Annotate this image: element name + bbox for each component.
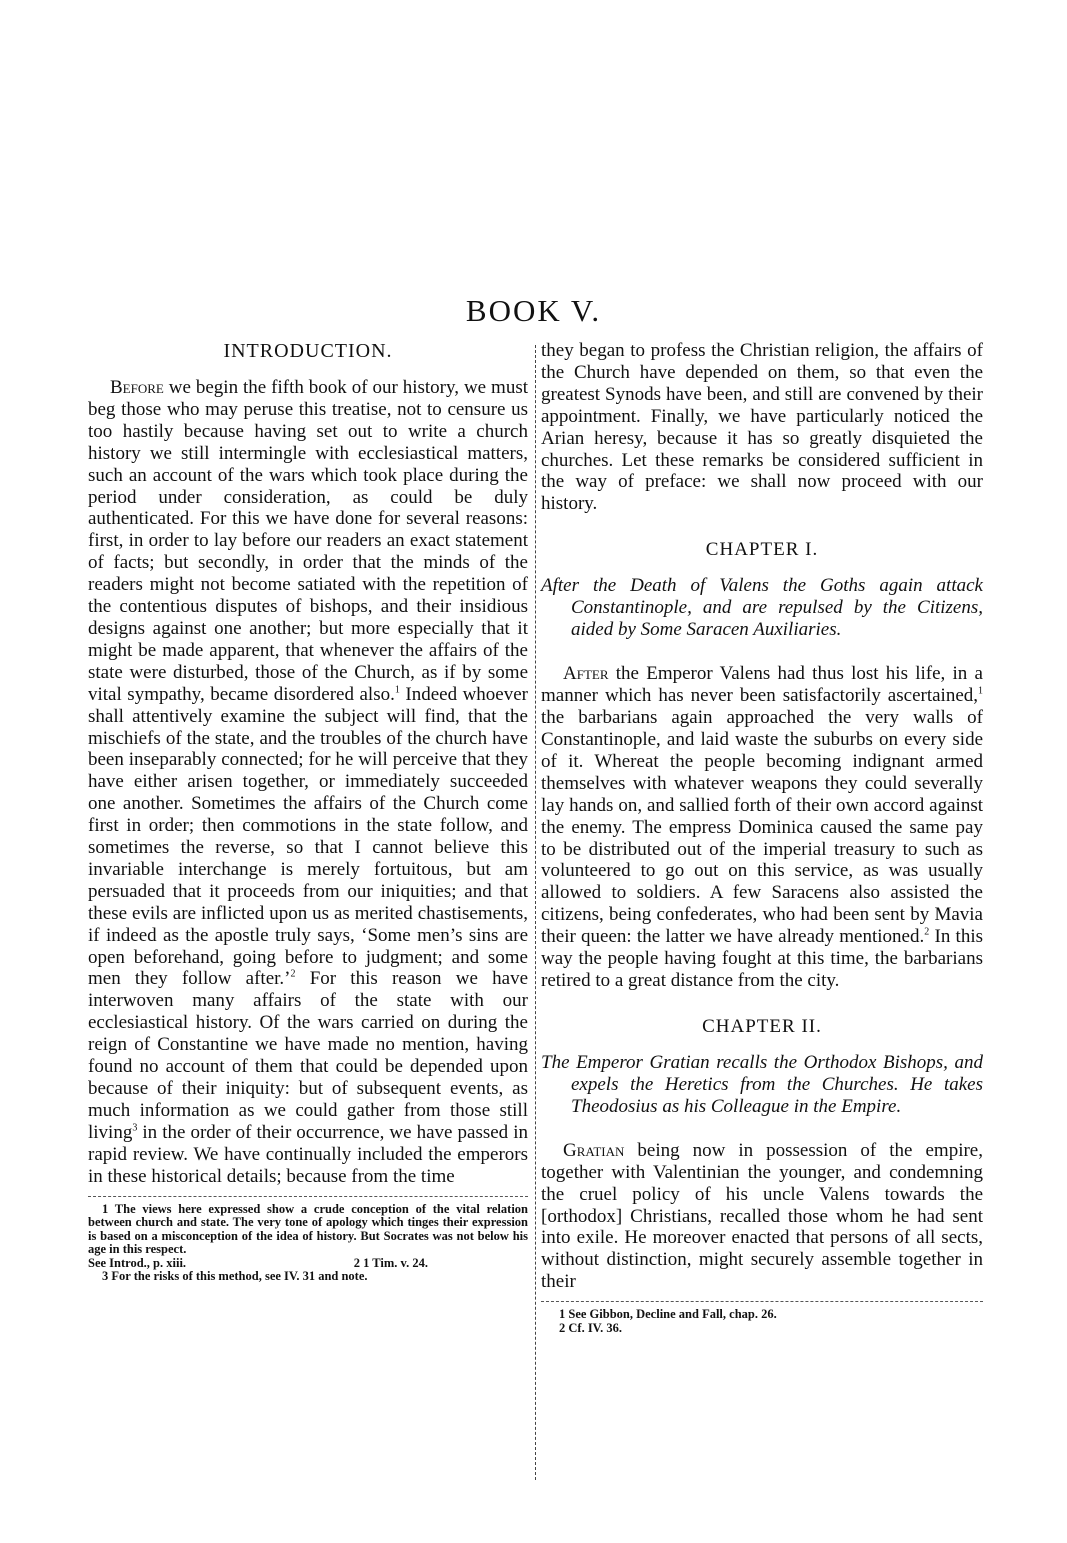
footnote-1: 1 See Gibbon, Decline and Fall, chap. 26… (559, 1308, 983, 1322)
chapter-2-summary: The Emperor Gratian recalls the Orthodox… (541, 1052, 983, 1118)
intro-text-part-4: in the order of their occurrence, we hav… (88, 1122, 528, 1187)
drop-lead-word: Gratian (563, 1140, 624, 1161)
left-column: INTRODUCTION. Before we begin the fifth … (88, 340, 528, 1284)
footnote-2: 2 Cf. IV. 36. (559, 1322, 983, 1336)
intro-text-part-3: For this reason we have interwoven many … (88, 968, 528, 1142)
footnote-3: 3 For the risks of this method, see IV. … (88, 1270, 528, 1284)
column-divider (535, 345, 536, 1480)
drop-lead-word: After (563, 663, 609, 684)
chapter-1-paragraph: After the Emperor Valens had thus lost h… (541, 663, 983, 992)
intro-text-part-1: we begin the fifth book of our history, … (88, 377, 528, 705)
footnote-1: 1 The views here expressed show a crude … (88, 1203, 528, 1257)
right-footnotes: 1 See Gibbon, Decline and Fall, chap. 26… (541, 1308, 983, 1335)
footnote-2: 2 1 Tim. v. 24. (354, 1257, 428, 1271)
right-column: they began to profess the Christian reli… (541, 340, 983, 1335)
footnote-ref-1[interactable]: 1 (978, 686, 983, 697)
footnote-1-reference: See Introd., p. xiii. (88, 1257, 186, 1271)
footnote-row: See Introd., p. xiii. 2 1 Tim. v. 24. (88, 1257, 528, 1271)
chapter-2-text: being now in possession of the empire, t… (541, 1140, 983, 1292)
chapter-2-paragraph: Gratian being now in possession of the e… (541, 1140, 983, 1293)
footnote-rule (541, 1301, 983, 1302)
intro-text-part-2: Indeed whoever shall attentively examine… (88, 684, 528, 990)
introduction-paragraph: Before we begin the fifth book of our hi… (88, 377, 528, 1188)
introduction-continuation: they began to profess the Christian reli… (541, 340, 983, 515)
footnote-rule (88, 1196, 528, 1197)
chapter-1-title: CHAPTER I. (541, 539, 983, 561)
chapter-1-summary: After the Death of Valens the Goths agai… (541, 575, 983, 641)
drop-lead-word: Before (110, 377, 164, 398)
book-title: BOOK V. (0, 293, 1067, 329)
introduction-heading: INTRODUCTION. (88, 340, 528, 363)
chapter-1-text-b: the barbarians again approached the very… (541, 707, 983, 947)
left-footnotes: 1 The views here expressed show a crude … (88, 1203, 528, 1284)
chapter-2-title: CHAPTER II. (541, 1016, 983, 1038)
